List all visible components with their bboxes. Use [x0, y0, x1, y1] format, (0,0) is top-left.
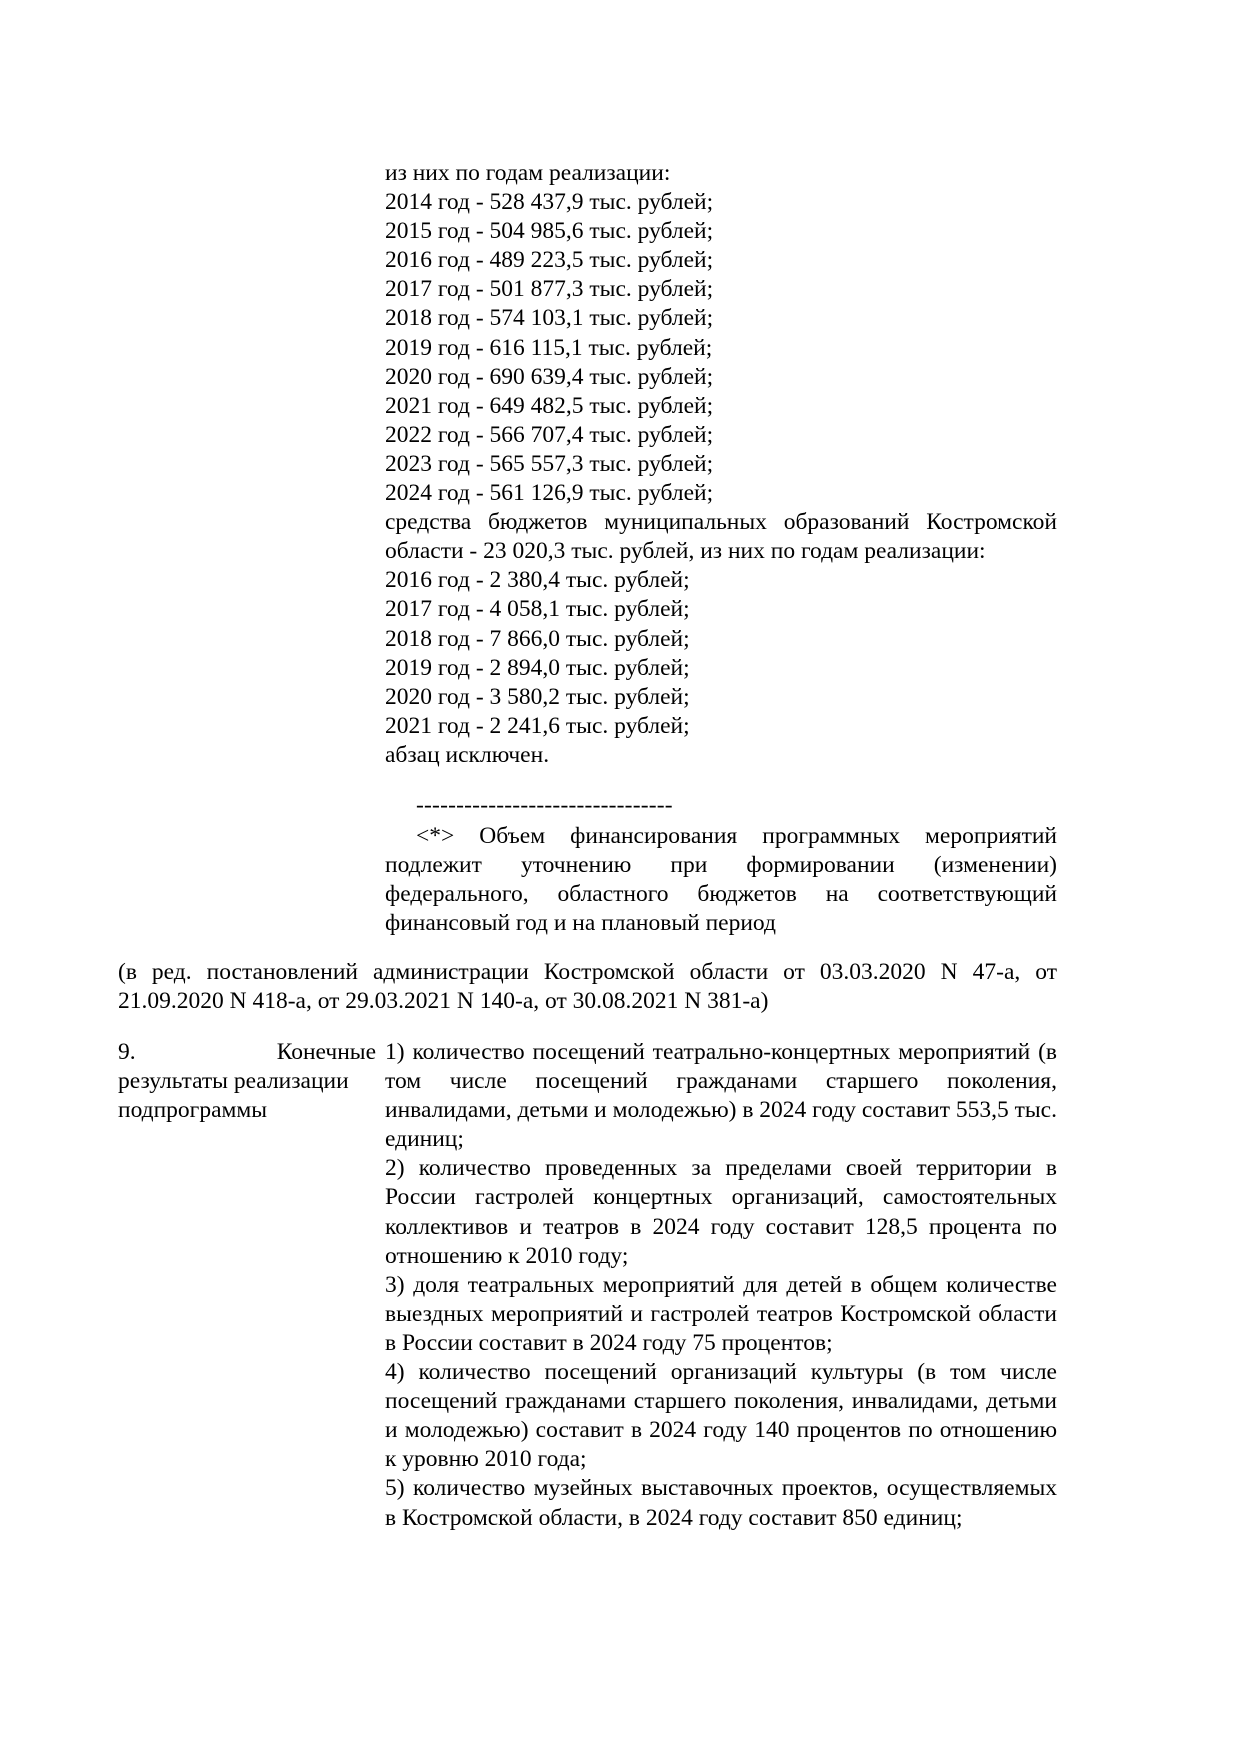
municipal-yearly-list: 2016 год - 2 380,4 тыс. рублей;2017 год … — [385, 566, 1057, 741]
result-item-1: 1) количество посещений театрально-конце… — [385, 1038, 1057, 1154]
regional-yearly-list: 2014 год - 528 437,9 тыс. рублей;2015 го… — [385, 188, 1057, 508]
funding-year-line: 2018 год - 7 866,0 тыс. рублей; — [385, 625, 1057, 654]
footnote-text: <*> Объем финансирования программных мер… — [385, 822, 1057, 938]
result-item-5: 5) количество музейных выставочных проек… — [385, 1474, 1057, 1532]
document-page: из них по годам реализации: 2014 год - 5… — [0, 0, 1240, 1754]
result-item-3: 3) доля театральных мероприятий для дете… — [385, 1271, 1057, 1358]
row9-label: 9. Конечные результаты реализации подпро… — [118, 1038, 376, 1125]
funding-year-line: 2015 год - 504 985,6 тыс. рублей; — [385, 217, 1057, 246]
excluded-paragraph: абзац исключен. — [385, 741, 1057, 770]
funding-year-line: 2020 год - 3 580,2 тыс. рублей; — [385, 683, 1057, 712]
funding-year-line: 2017 год - 4 058,1 тыс. рублей; — [385, 595, 1057, 624]
financing-intro: из них по годам реализации: — [385, 159, 1057, 188]
funding-year-line: 2019 год - 2 894,0 тыс. рублей; — [385, 654, 1057, 683]
funding-year-line: 2016 год - 489 223,5 тыс. рублей; — [385, 246, 1057, 275]
funding-year-line: 2020 год - 690 639,4 тыс. рублей; — [385, 363, 1057, 392]
financing-block: из них по годам реализации: 2014 год - 5… — [385, 159, 1057, 770]
row9-label-word: Конечные — [277, 1038, 376, 1067]
row9-label-rest: результаты реализации подпрограммы — [118, 1067, 368, 1125]
result-item-4: 4) количество посещений организаций куль… — [385, 1358, 1057, 1474]
footnote-block: <*> Объем финансирования программных мер… — [385, 822, 1057, 938]
result-item-2: 2) количество проведенных за пределами с… — [385, 1154, 1057, 1270]
funding-year-line: 2016 год - 2 380,4 тыс. рублей; — [385, 566, 1057, 595]
row9-label-first-line: 9. Конечные — [118, 1038, 376, 1067]
funding-year-line: 2017 год - 501 877,3 тыс. рублей; — [385, 275, 1057, 304]
funding-year-line: 2014 год - 528 437,9 тыс. рублей; — [385, 188, 1057, 217]
funding-year-line: 2019 год - 616 115,1 тыс. рублей; — [385, 334, 1057, 363]
funding-year-line: 2021 год - 2 241,6 тыс. рублей; — [385, 712, 1057, 741]
funding-year-line: 2021 год - 649 482,5 тыс. рублей; — [385, 392, 1057, 421]
row9-results: 1) количество посещений театрально-конце… — [385, 1038, 1057, 1533]
funding-year-line: 2023 год - 565 557,3 тыс. рублей; — [385, 450, 1057, 479]
row9-number: 9. — [118, 1038, 136, 1067]
funding-year-line: 2024 год - 561 126,9 тыс. рублей; — [385, 479, 1057, 508]
funding-year-line: 2022 год - 566 707,4 тыс. рублей; — [385, 421, 1057, 450]
footnote-separator: -------------------------------- — [416, 791, 673, 820]
amendment-note: (в ред. постановлений администрации Кост… — [118, 958, 1057, 1016]
funding-year-line: 2018 год - 574 103,1 тыс. рублей; — [385, 304, 1057, 333]
municipal-intro: средства бюджетов муниципальных образова… — [385, 508, 1057, 566]
